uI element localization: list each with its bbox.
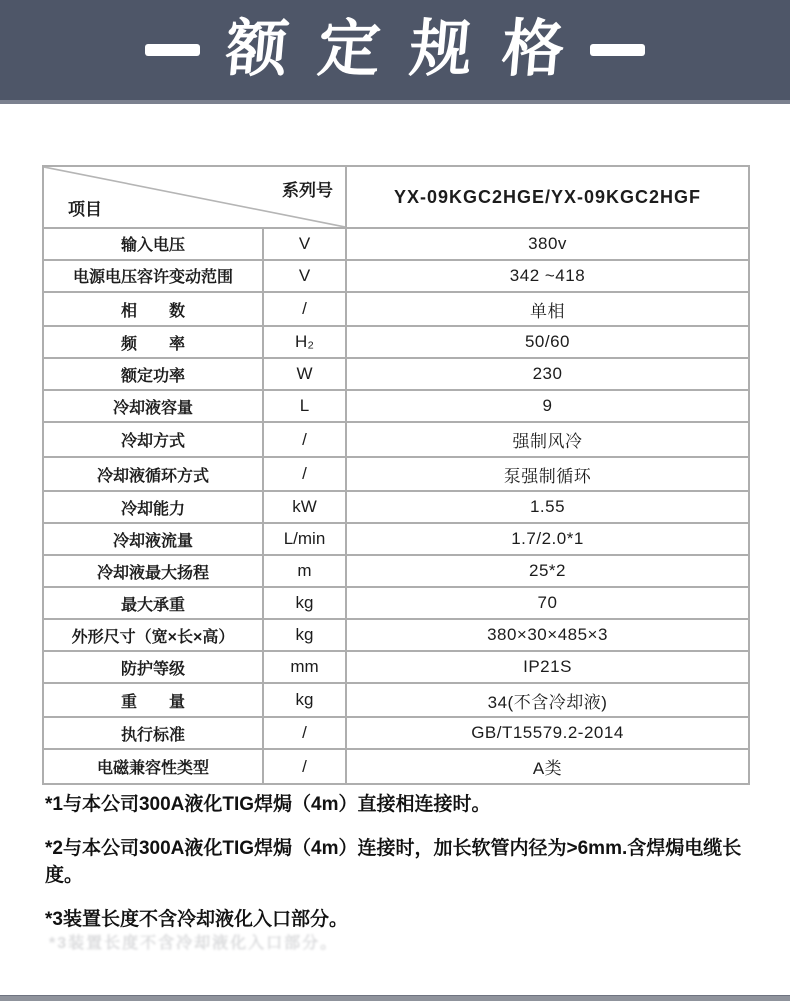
spec-table-row: 冷却能力 kW 1.55	[43, 491, 749, 523]
spec-name-cell: 相 数	[43, 292, 263, 327]
spec-name-cell: 冷却液流量	[43, 523, 263, 555]
spec-value-cell: 34(不含冷却液)	[346, 683, 749, 718]
spec-name-cell: 冷却液最大扬程	[43, 555, 263, 587]
spec-name-cell: 防护等级	[43, 651, 263, 683]
spec-unit-cell: L	[263, 390, 346, 422]
spec-table-body: 系列号 项目 YX-09KGC2HGE/YX-09KGC2HGF 输入电压 V …	[43, 166, 749, 784]
spec-name-cell: 额定功率	[43, 358, 263, 390]
item-label: 项目	[68, 195, 102, 220]
spec-unit-cell: L/min	[263, 523, 346, 555]
bottom-strip	[0, 995, 790, 1001]
spec-unit-cell: /	[263, 457, 346, 492]
spec-table-row: 输入电压 V 380v	[43, 228, 749, 260]
ghost-artifact-text: *3装置长度不含冷却液化入口部分。	[49, 930, 649, 953]
spec-sheet-page: 额定规格 系列号 项目 YX-09KGC2HGE/YX-09KGC2HGF 输入…	[0, 0, 790, 1001]
spec-table-row: 外形尺寸（宽×长×高） kg 380×30×485×3	[43, 619, 749, 651]
spec-name-cell: 最大承重	[43, 587, 263, 619]
spec-name-cell: 电磁兼容性类型	[43, 749, 263, 784]
footnotes-section: *1与本公司300A液化TIG焊焗（4m）直接相连接时。 *2与本公司300A液…	[45, 792, 751, 951]
spec-name-cell: 输入电压	[43, 228, 263, 260]
spec-name-cell: 电源电压容许变动范围	[43, 260, 263, 292]
footnote-2: *2与本公司300A液化TIG焊焗（4m）连接时，加长软管内径为>6mm.含焊焗…	[45, 836, 751, 890]
spec-name-cell: 冷却液容量	[43, 390, 263, 422]
title-dash-left	[145, 44, 200, 56]
spec-unit-cell: kg	[263, 619, 346, 651]
spec-name-cell: 重 量	[43, 683, 263, 718]
spec-table-row: 执行标准 / GB/T15579.2-2014	[43, 717, 749, 749]
spec-value-cell: 230	[346, 358, 749, 390]
page-title: 额定规格	[223, 19, 596, 81]
series-number-label: 系列号	[282, 176, 333, 201]
spec-unit-cell: /	[263, 749, 346, 784]
spec-value-cell: GB/T15579.2-2014	[346, 717, 749, 749]
spec-value-cell: IP21S	[346, 651, 749, 683]
spec-header-row: 系列号 项目 YX-09KGC2HGE/YX-09KGC2HGF	[43, 166, 749, 228]
spec-unit-cell: kg	[263, 683, 346, 718]
spec-name-cell: 冷却液循环方式	[43, 457, 263, 492]
spec-value-cell: 1.7/2.0*1	[346, 523, 749, 555]
spec-unit-cell: /	[263, 717, 346, 749]
spec-value-cell: 380×30×485×3	[346, 619, 749, 651]
spec-value-cell: 泵强制循环	[346, 457, 749, 492]
spec-value-cell: 25*2	[346, 555, 749, 587]
spec-table-row: 冷却液流量 L/min 1.7/2.0*1	[43, 523, 749, 555]
spec-unit-cell: V	[263, 260, 346, 292]
spec-value-cell: A类	[346, 749, 749, 784]
spec-table-row: 额定功率 W 230	[43, 358, 749, 390]
spec-value-cell: 342 ~418	[346, 260, 749, 292]
title-dash-right	[590, 44, 645, 56]
spec-name-cell: 冷却方式	[43, 422, 263, 457]
spec-table-row: 重 量 kg 34(不含冷却液)	[43, 683, 749, 718]
spec-value-cell: 强制风冷	[346, 422, 749, 457]
spec-table-row: 冷却液最大扬程 m 25*2	[43, 555, 749, 587]
spec-table-row: 电磁兼容性类型 / A类	[43, 749, 749, 784]
spec-value-cell: 1.55	[346, 491, 749, 523]
spec-name-cell: 执行标准	[43, 717, 263, 749]
spec-table-row: 冷却液循环方式 / 泵强制循环	[43, 457, 749, 492]
spec-value-cell: 9	[346, 390, 749, 422]
spec-table-row: 最大承重 kg 70	[43, 587, 749, 619]
spec-value-cell: 380v	[346, 228, 749, 260]
spec-unit-cell: kg	[263, 587, 346, 619]
spec-name-cell: 频 率	[43, 326, 263, 358]
spec-table-row: 冷却液容量 L 9	[43, 390, 749, 422]
spec-unit-cell: W	[263, 358, 346, 390]
spec-unit-cell: /	[263, 292, 346, 327]
spec-unit-cell: /	[263, 422, 346, 457]
spec-table: 系列号 项目 YX-09KGC2HGE/YX-09KGC2HGF 输入电压 V …	[42, 165, 750, 785]
spec-table-row: 电源电压容许变动范围 V 342 ~418	[43, 260, 749, 292]
header-band: 额定规格	[0, 0, 790, 104]
spec-name-cell: 外形尺寸（宽×长×高）	[43, 619, 263, 651]
spec-value-cell: 50/60	[346, 326, 749, 358]
spec-table-row: 相 数 / 单相	[43, 292, 749, 327]
spec-unit-cell: m	[263, 555, 346, 587]
series-value-cell: YX-09KGC2HGE/YX-09KGC2HGF	[346, 166, 749, 228]
spec-unit-cell: kW	[263, 491, 346, 523]
spec-value-cell: 单相	[346, 292, 749, 327]
spec-unit-cell: H₂	[263, 326, 346, 358]
spec-name-cell: 冷却能力	[43, 491, 263, 523]
footnote-1: *1与本公司300A液化TIG焊焗（4m）直接相连接时。	[45, 792, 751, 819]
spec-value-cell: 70	[346, 587, 749, 619]
spec-table-row: 防护等级 mm IP21S	[43, 651, 749, 683]
spec-unit-cell: V	[263, 228, 346, 260]
spec-table-row: 冷却方式 / 强制风冷	[43, 422, 749, 457]
spec-table-row: 频 率 H₂ 50/60	[43, 326, 749, 358]
spec-unit-cell: mm	[263, 651, 346, 683]
diagonal-header-cell: 系列号 项目	[43, 166, 346, 228]
